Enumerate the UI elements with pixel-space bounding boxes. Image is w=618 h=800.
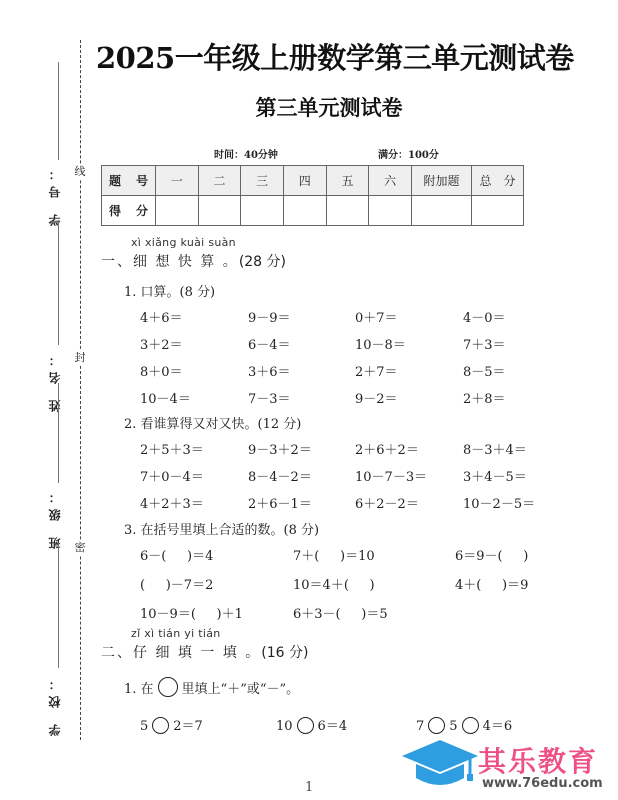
- score-cell[interactable]: [198, 196, 241, 226]
- operand: 5: [140, 719, 148, 734]
- problem: 6－( )＝4: [140, 545, 213, 564]
- header-cell: 四: [283, 166, 326, 196]
- header-cell: 五: [326, 166, 369, 196]
- header-cell: 附加题: [412, 166, 472, 196]
- score-cell[interactable]: [472, 196, 524, 226]
- student-id-label: 学 号：: [46, 162, 63, 226]
- problem: 10－2－5＝: [463, 493, 535, 512]
- watermark-name: 其乐教育: [478, 740, 598, 780]
- seal-word-feng: 封: [72, 350, 88, 366]
- problem: 10－7－3＝: [355, 466, 427, 485]
- problem: 8＋0＝: [140, 361, 183, 380]
- title-suffix: 里填上“＋”或“－”。: [182, 682, 300, 697]
- score-cell[interactable]: [156, 196, 199, 226]
- problem: 6＋2－2＝: [355, 493, 419, 512]
- label-char: 题: [109, 172, 121, 189]
- operand: 5: [449, 719, 457, 734]
- section1-title: 一、细 想 快 算 。(28 分): [101, 251, 286, 271]
- problem: 4＋6＝: [140, 307, 183, 326]
- section2-title-text: 二、仔 细 填 一 填 。: [101, 645, 261, 661]
- answer-circle[interactable]: [152, 717, 169, 734]
- label-char: 分: [136, 202, 148, 219]
- problem: 0＋7＝: [355, 307, 398, 326]
- operand: 4＝6: [483, 719, 513, 734]
- score-cell[interactable]: [241, 196, 284, 226]
- s2-q1-title: 1. 在里填上“＋”或“－”。: [124, 677, 299, 697]
- operand: 6＝4: [318, 719, 348, 734]
- time-limit: 时间：40分钟: [214, 146, 278, 161]
- section1-title-text: 一、细 想 快 算 。: [101, 254, 239, 270]
- score-cell[interactable]: [412, 196, 472, 226]
- problem: 4－0＝: [463, 307, 506, 326]
- name-field: 姓 名：: [46, 348, 66, 412]
- seal-word-mi: 密: [72, 540, 88, 556]
- q3-title: 3. 在括号里填上合适的数。(8 分): [124, 519, 319, 538]
- name-line[interactable]: [58, 220, 59, 345]
- fill-item-3: 754＝6: [416, 715, 512, 734]
- class-label: 班 级：: [46, 485, 63, 549]
- problem: 7－3＝: [248, 388, 291, 407]
- problem: 8－5＝: [463, 361, 506, 380]
- problem: 2＋6－1＝: [248, 493, 312, 512]
- circle-icon: [158, 677, 178, 697]
- watermark-url: www.76edu.com: [482, 776, 603, 791]
- problem: 2＋6＋2＝: [355, 439, 419, 458]
- problem: 7＋( )＝10: [293, 545, 375, 564]
- problem: 6－4＝: [248, 334, 291, 353]
- header-cell: 一: [156, 166, 199, 196]
- school-line[interactable]: [58, 543, 59, 668]
- problem: 9－3＋2＝: [248, 439, 312, 458]
- title-prefix: 1. 在: [124, 682, 154, 697]
- section2-pinyin: zǐ xì tián yi tián: [131, 627, 221, 640]
- problem: 2＋7＝: [355, 361, 398, 380]
- problem: 4＋( )＝9: [455, 574, 528, 593]
- graduation-cap-icon: [402, 738, 478, 790]
- seal-word-xian: 线: [72, 164, 88, 180]
- fill-item-1: 52＝7: [140, 715, 203, 734]
- problem: 8－4－2＝: [248, 466, 312, 485]
- problem: 7＋3＝: [463, 334, 506, 353]
- section1-pinyin: xì xiǎng kuài suàn: [131, 236, 236, 249]
- section1-score: (28 分): [239, 254, 286, 270]
- student-id-field: 学 号：: [46, 162, 66, 226]
- watermark-logo: 其乐教育 www.76edu.com: [402, 738, 618, 798]
- class-line[interactable]: [58, 383, 59, 483]
- score-cell[interactable]: [283, 196, 326, 226]
- name-label: 姓 名：: [46, 348, 63, 412]
- header-cell: 总 分: [472, 166, 524, 196]
- problem: 9－2＝: [355, 388, 398, 407]
- answer-circle[interactable]: [428, 717, 445, 734]
- problem: 6＋3－( )＝5: [293, 603, 388, 622]
- score-cell[interactable]: [369, 196, 412, 226]
- label-char: 号: [136, 172, 148, 189]
- score-row-label: 得分: [102, 196, 156, 226]
- operand: 2＝7: [173, 719, 203, 734]
- page-number: 1: [305, 780, 313, 795]
- problem: 10－4＝: [140, 388, 191, 407]
- operand: 10: [276, 719, 293, 734]
- header-cell: 二: [198, 166, 241, 196]
- problem: 3＋6＝: [248, 361, 291, 380]
- section2-score: (16 分): [261, 645, 308, 661]
- score-table-score-row: 得分: [102, 196, 524, 226]
- page-title: 2025一年级上册数学第三单元测试卷: [96, 36, 574, 77]
- sub-title: 第三单元测试卷: [0, 92, 618, 122]
- problem: 8－3＋4＝: [463, 439, 527, 458]
- answer-circle[interactable]: [297, 717, 314, 734]
- problem: 3＋4－5＝: [463, 466, 527, 485]
- school-label: 学 校：: [46, 672, 63, 736]
- header-cell-question-no: 题号: [102, 166, 156, 196]
- school-field: 学 校：: [46, 672, 66, 736]
- q2-title: 2. 看谁算得又对又快。(12 分): [124, 413, 301, 432]
- operand: 7: [416, 719, 424, 734]
- label-char: 得: [109, 202, 121, 219]
- problem: 10－9＝( )＋1: [140, 603, 243, 622]
- problem: 10－8＝: [355, 334, 406, 353]
- problem: 4＋2＋3＝: [140, 493, 204, 512]
- section2-title: 二、仔 细 填 一 填 。(16 分): [101, 642, 308, 662]
- header-cell: 三: [241, 166, 284, 196]
- problem: 2＋5＋3＝: [140, 439, 204, 458]
- header-cell: 六: [369, 166, 412, 196]
- score-cell[interactable]: [326, 196, 369, 226]
- problem: 7＋0－4＝: [140, 466, 204, 485]
- fill-item-2: 106＝4: [276, 715, 347, 734]
- problem: 6＝9－( ): [455, 545, 528, 564]
- problem: 3＋2＝: [140, 334, 183, 353]
- problem: 9－9＝: [248, 307, 291, 326]
- problem: 10＝4＋( ): [293, 574, 375, 593]
- problem: 2＋8＝: [463, 388, 506, 407]
- class-field: 班 级：: [46, 485, 66, 549]
- score-table-header-row: 题号 一 二 三 四 五 六 附加题 总 分: [102, 166, 524, 196]
- q1-title: 1. 口算。(8 分): [124, 281, 215, 300]
- seal-dashed-line: [80, 40, 81, 740]
- answer-circle[interactable]: [462, 717, 479, 734]
- score-table: 题号 一 二 三 四 五 六 附加题 总 分 得分: [101, 165, 524, 226]
- problem: ( )－7＝2: [140, 574, 213, 593]
- full-score: 满分：100分: [378, 146, 439, 161]
